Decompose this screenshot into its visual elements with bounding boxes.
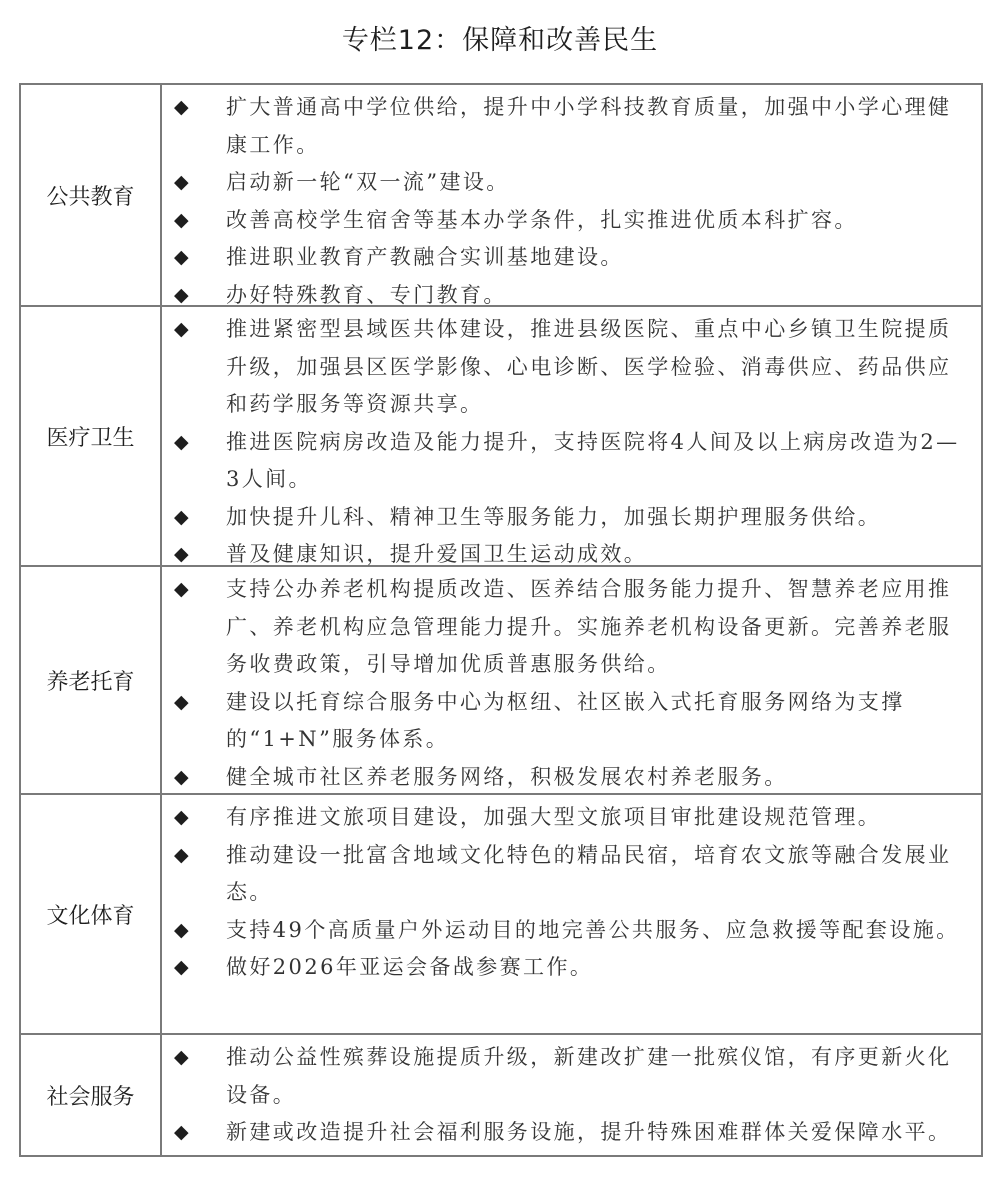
list-item: ◆加快提升儿科、精神卫生等服务能力，加强长期护理服务供给。 (172, 499, 973, 537)
list-item: ◆推进紧密型县域医共体建设，推进县级医院、重点中心乡镇卫生院提质升级，加强县区医… (172, 311, 973, 424)
diamond-bullet-icon: ◆ (172, 1039, 226, 1114)
section-public-education: 公共教育 ◆扩大普通高中学位供给，提升中小学科技教育质量，加强中小学心理健康工作… (21, 85, 981, 305)
diamond-bullet-icon: ◆ (172, 89, 226, 164)
diamond-bullet-icon: ◆ (172, 684, 226, 759)
list-item: ◆健全城市社区养老服务网络，积极发展农村养老服务。 (172, 759, 973, 797)
list-item: ◆新建或改造提升社会福利服务设施，提升特殊困难群体关爱保障水平。 (172, 1114, 973, 1152)
item-list: ◆支持公办养老机构提质改造、医养结合服务能力提升、智慧养老应用推广、养老机构应急… (162, 567, 981, 793)
diamond-bullet-icon: ◆ (172, 424, 226, 499)
page-title: 专栏12：保障和改善民生 (0, 18, 1000, 57)
diamond-bullet-icon: ◆ (172, 202, 226, 240)
item-list: ◆扩大普通高中学位供给，提升中小学科技教育质量，加强中小学心理健康工作。 ◆启动… (162, 85, 981, 305)
list-item: ◆改善高校学生宿舍等基本办学条件，扎实推进优质本科扩容。 (172, 202, 973, 240)
list-item: ◆推进医院病房改造及能力提升，支持医院将4人间及以上病房改造为2—3人间。 (172, 424, 973, 499)
diamond-bullet-icon: ◆ (172, 759, 226, 797)
diamond-bullet-icon: ◆ (172, 799, 226, 837)
diamond-bullet-icon: ◆ (172, 499, 226, 537)
list-item: ◆建设以托育综合服务中心为枢纽、社区嵌入式托育服务网络为支撑的“1+N”服务体系… (172, 684, 973, 759)
list-item: ◆推进职业教育产教融合实训基地建设。 (172, 239, 973, 277)
section-social-services: 社会服务 ◆推动公益性殡葬设施提质升级，新建改扩建一批殡仪馆，有序更新火化设备。… (21, 1033, 981, 1155)
list-item: ◆扩大普通高中学位供给，提升中小学科技教育质量，加强中小学心理健康工作。 (172, 89, 973, 164)
item-list: ◆有序推进文旅项目建设，加强大型文旅项目审批建设规范管理。 ◆推动建设一批富含地… (162, 795, 981, 1033)
diamond-bullet-icon: ◆ (172, 311, 226, 424)
list-item: ◆支持公办养老机构提质改造、医养结合服务能力提升、智慧养老应用推广、养老机构应急… (172, 571, 973, 684)
list-item: ◆有序推进文旅项目建设，加强大型文旅项目审批建设规范管理。 (172, 799, 973, 837)
category-label: 社会服务 (21, 1035, 162, 1155)
list-item: ◆启动新一轮“双一流”建设。 (172, 164, 973, 202)
category-label: 公共教育 (21, 85, 162, 305)
livelihood-table: 公共教育 ◆扩大普通高中学位供给，提升中小学科技教育质量，加强中小学心理健康工作… (19, 83, 983, 1157)
section-medical-health: 医疗卫生 ◆推进紧密型县域医共体建设，推进县级医院、重点中心乡镇卫生院提质升级，… (21, 305, 981, 565)
diamond-bullet-icon: ◆ (172, 571, 226, 684)
item-list: ◆推进紧密型县域医共体建设，推进县级医院、重点中心乡镇卫生院提质升级，加强县区医… (162, 307, 981, 565)
category-label: 养老托育 (21, 567, 162, 793)
diamond-bullet-icon: ◆ (172, 239, 226, 277)
item-list: ◆推动公益性殡葬设施提质升级，新建改扩建一批殡仪馆，有序更新火化设备。 ◆新建或… (162, 1035, 981, 1155)
diamond-bullet-icon: ◆ (172, 164, 226, 202)
diamond-bullet-icon: ◆ (172, 949, 226, 987)
diamond-bullet-icon: ◆ (172, 1114, 226, 1152)
diamond-bullet-icon: ◆ (172, 912, 226, 950)
category-label: 文化体育 (21, 795, 162, 1033)
list-item: ◆做好2026年亚运会备战参赛工作。 (172, 949, 973, 987)
category-label: 医疗卫生 (21, 307, 162, 565)
list-item: ◆推动建设一批富含地域文化特色的精品民宿，培育农文旅等融合发展业态。 (172, 837, 973, 912)
diamond-bullet-icon: ◆ (172, 837, 226, 912)
list-item: ◆支持49个高质量户外运动目的地完善公共服务、应急救援等配套设施。 (172, 912, 973, 950)
section-elderly-childcare: 养老托育 ◆支持公办养老机构提质改造、医养结合服务能力提升、智慧养老应用推广、养… (21, 565, 981, 793)
list-item: ◆推动公益性殡葬设施提质升级，新建改扩建一批殡仪馆，有序更新火化设备。 (172, 1039, 973, 1114)
section-culture-sports: 文化体育 ◆有序推进文旅项目建设，加强大型文旅项目审批建设规范管理。 ◆推动建设… (21, 793, 981, 1033)
